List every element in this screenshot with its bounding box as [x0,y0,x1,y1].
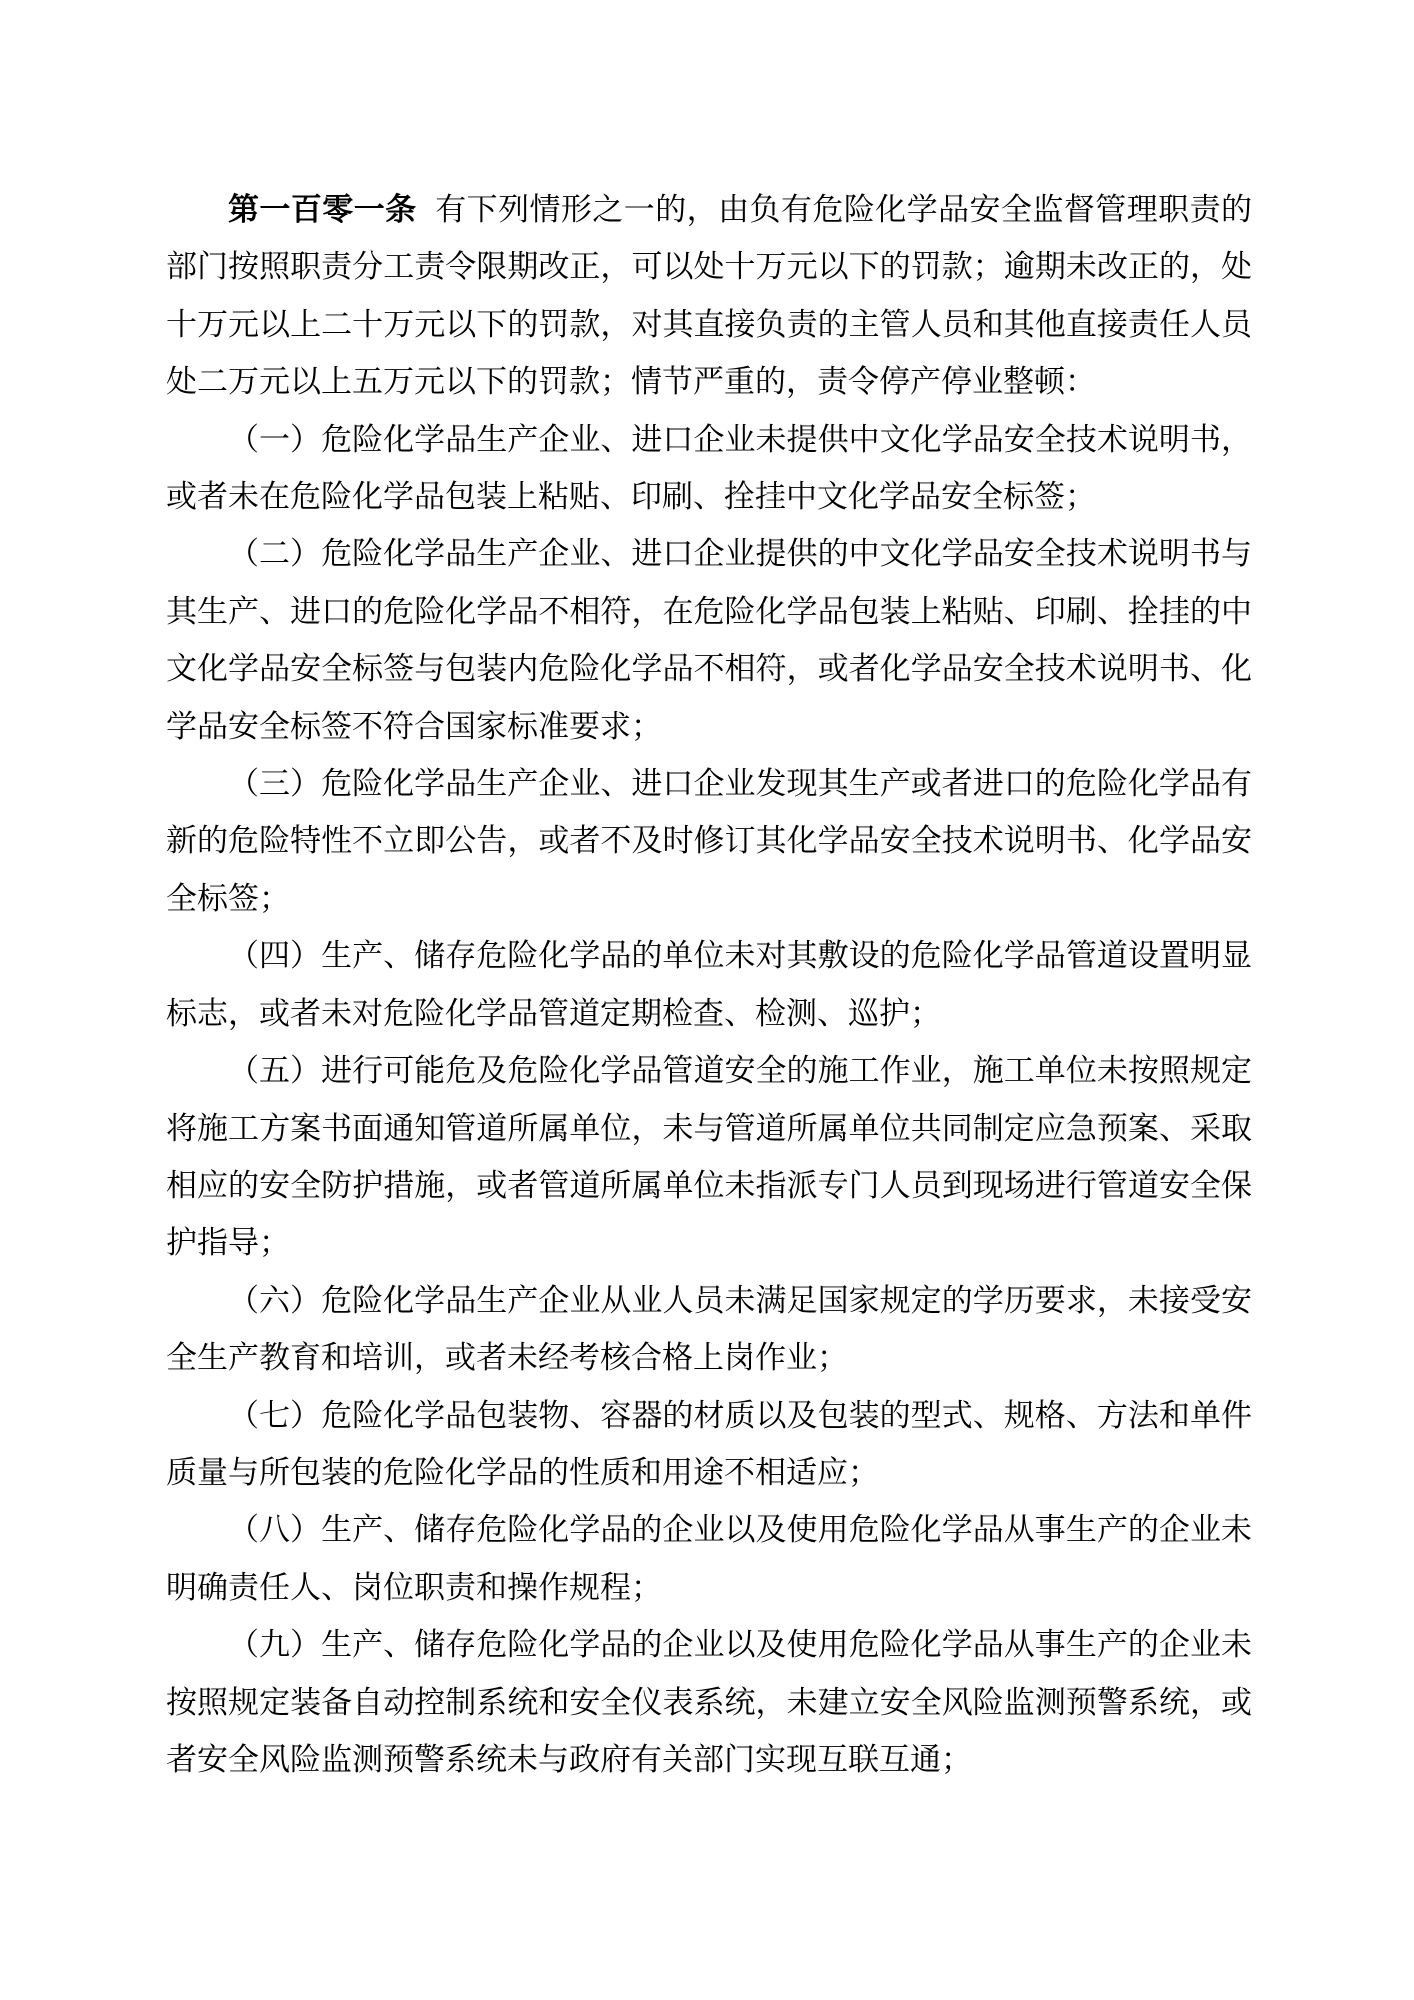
article-item-3: （三）危险化学品生产企业、进口企业发现其生产或者进口的危险化学品有新的危险特性不… [166,755,1252,927]
article-item-1: （一）危险化学品生产企业、进口企业未提供中文化学品安全技术说明书，或者未在危险化… [166,411,1252,526]
article-item-2: （二）危险化学品生产企业、进口企业提供的中文化学品安全技术说明书与其生产、进口的… [166,525,1252,755]
document-page: 第一百零一条有下列情形之一的，由负有危险化学品安全监督管理职责的部门按照职责分工… [0,0,1414,2000]
article-item-6: （六）危险化学品生产企业从业人员未满足国家规定的学历要求，未接受安全生产教育和培… [166,1272,1252,1387]
article-item-9: （九）生产、储存危险化学品的企业以及使用危险化学品从事生产的企业未按照规定装备自… [166,1616,1252,1788]
article-item-8: （八）生产、储存危险化学品的企业以及使用危险化学品从事生产的企业未明确责任人、岗… [166,1501,1252,1616]
article-item-7: （七）危险化学品包装物、容器的材质以及包装的型式、规格、方法和单件质量与所包装的… [166,1387,1252,1502]
article-item-5: （五）进行可能危及危险化学品管道安全的施工作业，施工单位未按照规定将施工方案书面… [166,1042,1252,1272]
article-body: 第一百零一条有下列情形之一的，由负有危险化学品安全监督管理职责的部门按照职责分工… [166,181,1252,1788]
article-item-4: （四）生产、储存危险化学品的单位未对其敷设的危险化学品管道设置明显标志，或者未对… [166,927,1252,1042]
article-number: 第一百零一条 [228,192,417,227]
article-intro-paragraph: 第一百零一条有下列情形之一的，由负有危险化学品安全监督管理职责的部门按照职责分工… [166,181,1252,411]
